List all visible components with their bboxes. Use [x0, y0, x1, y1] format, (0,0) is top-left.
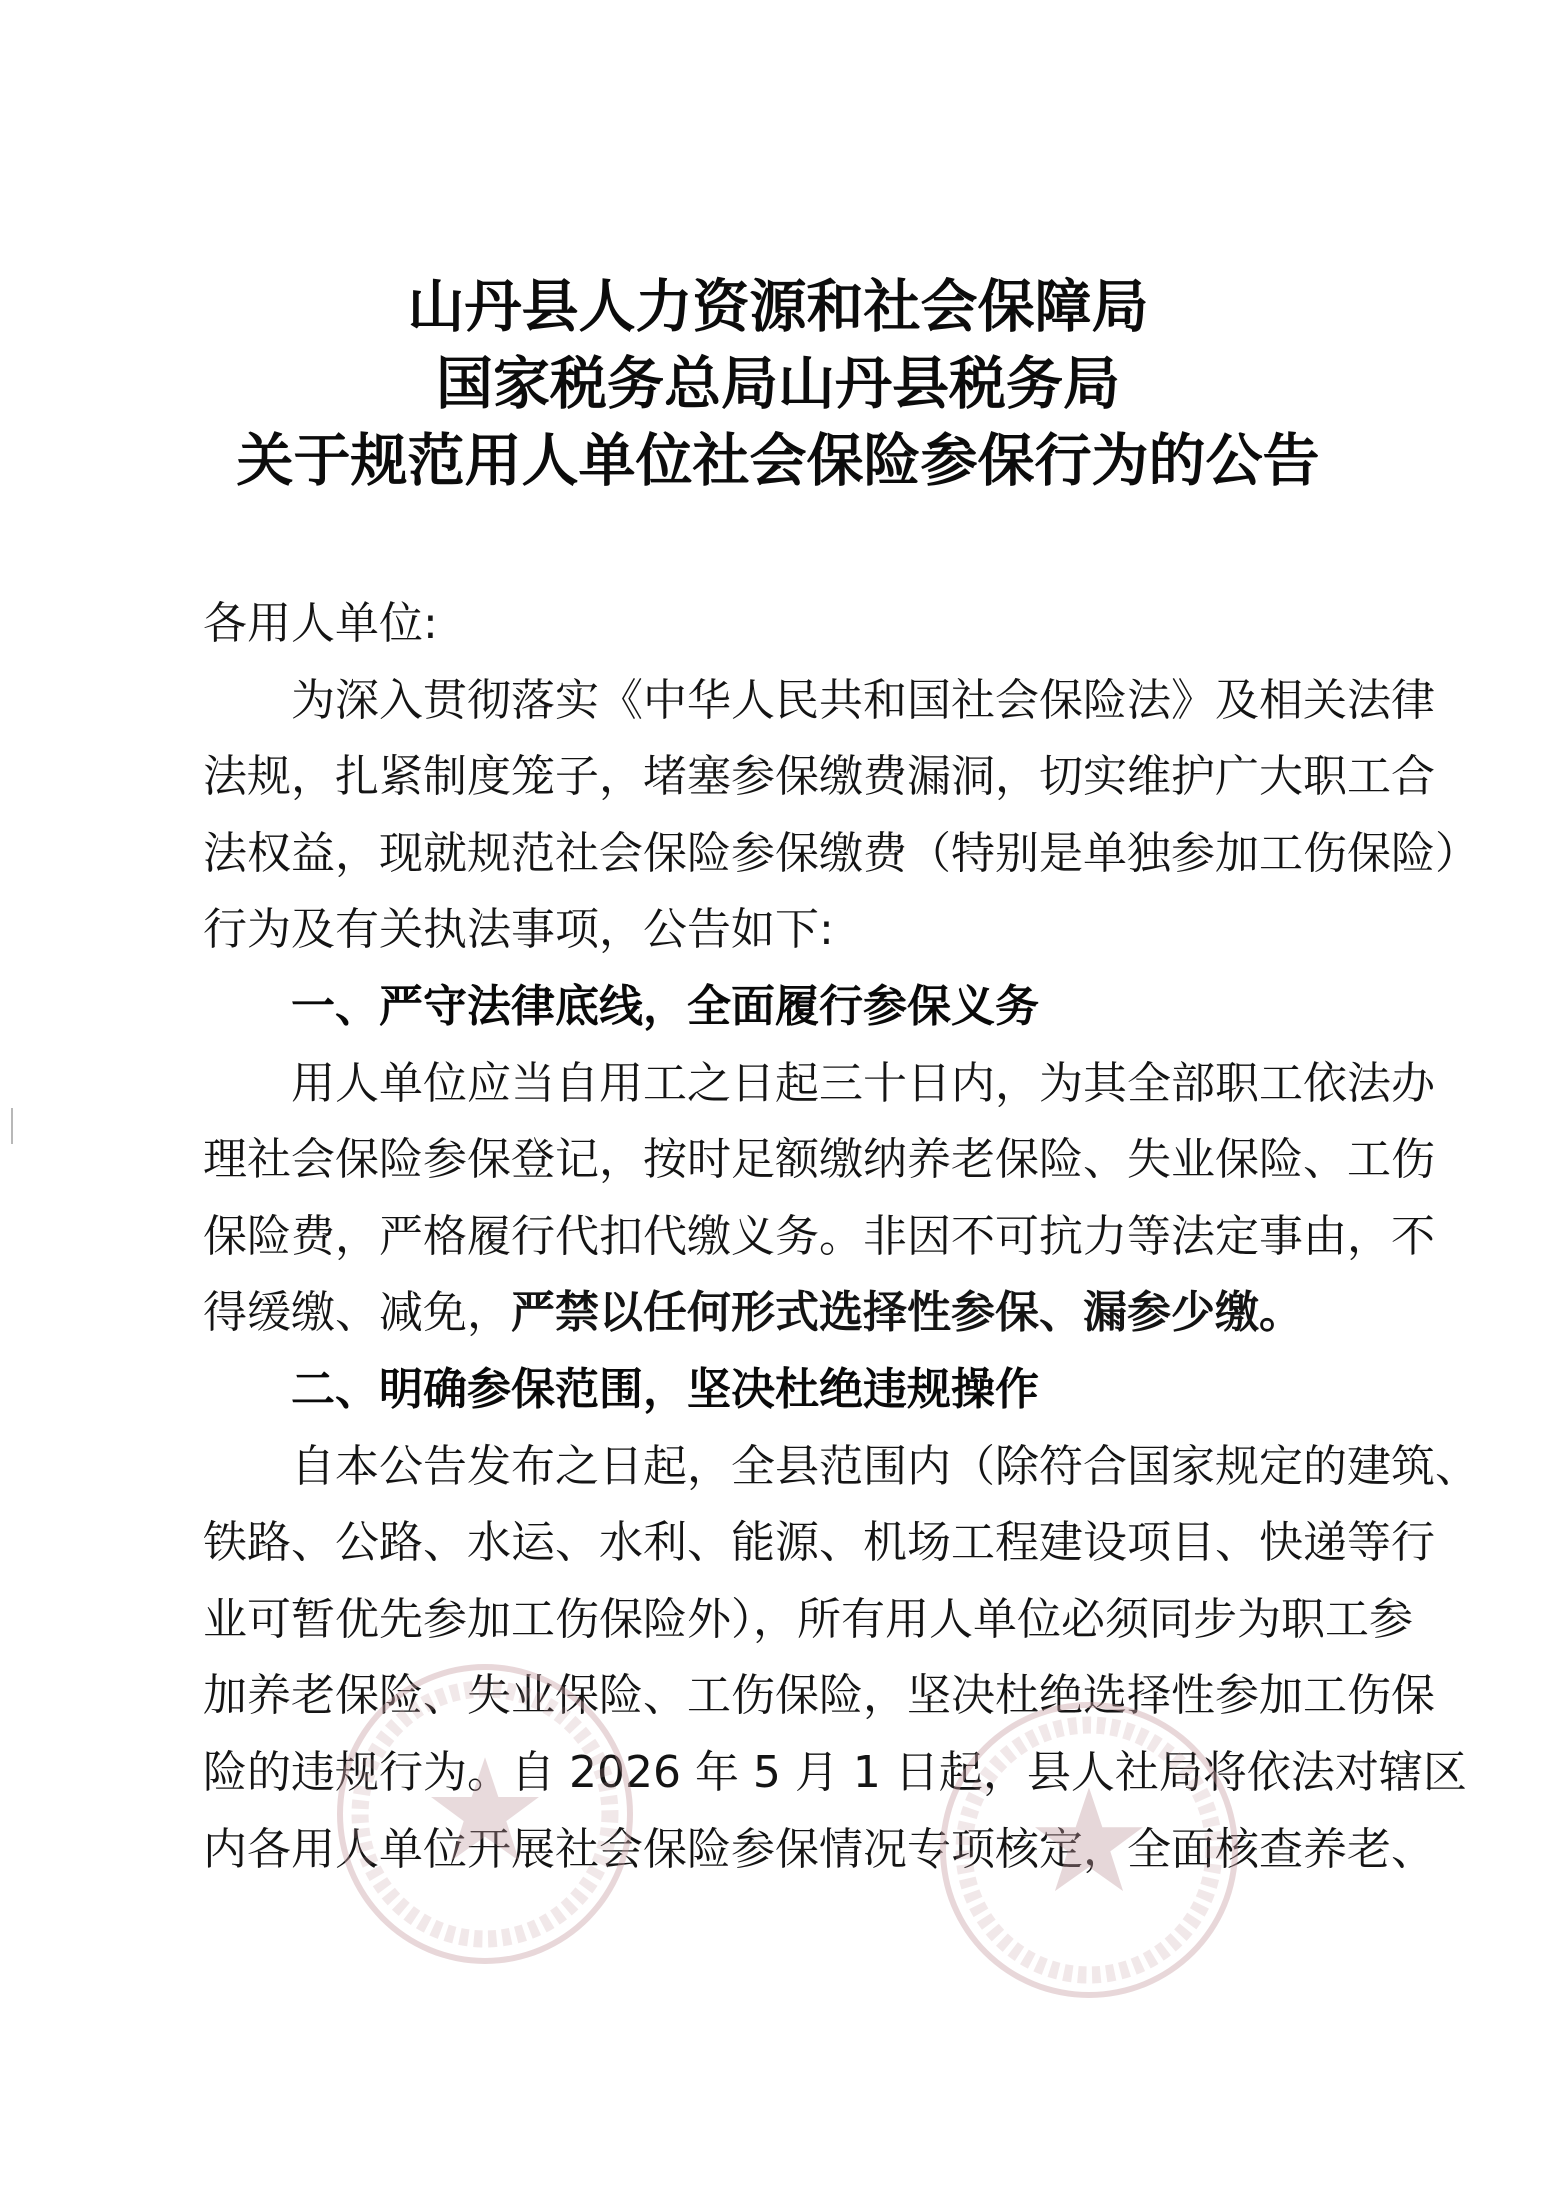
- paragraph-line: 自本公告发布之日起，全县范围内（除符合国家规定的建筑、: [203, 1429, 1359, 1506]
- paragraph-line: 为深入贯彻落实《中华人民共和国社会保险法》及相关法律: [203, 663, 1359, 740]
- section-one: 一、严守法律底线，全面履行参保义务 用人单位应当自用工之日起三十日内，为其全部职…: [203, 969, 1359, 1352]
- title-line-subject: 关于规范用人单位社会保险参保行为的公告: [0, 422, 1556, 499]
- section-heading: 二、明确参保范围，坚决杜绝违规操作: [203, 1352, 1359, 1429]
- title-line-issuer-tax: 国家税务总局山丹县税务局: [0, 345, 1556, 422]
- paragraph-line: 铁路、公路、水运、水利、能源、机场工程建设项目、快递等行: [203, 1505, 1359, 1582]
- document-page: 山丹县人力资源和社会保障局 国家税务总局山丹县税务局 关于规范用人单位社会保险参…: [0, 0, 1556, 2201]
- intro-paragraph: 为深入贯彻落实《中华人民共和国社会保险法》及相关法律 法规，扎紧制度笼子，堵塞参…: [203, 663, 1359, 969]
- paragraph-line: 用人单位应当自用工之日起三十日内，为其全部职工依法办: [203, 1046, 1359, 1123]
- paragraph-line: 加养老保险、失业保险、工伤保险，坚决杜绝选择性参加工伤保: [203, 1658, 1359, 1735]
- paragraph-line: 得缓缴、减免，严禁以任何形式选择性参保、漏参少缴。: [203, 1275, 1359, 1352]
- paragraph-line: 法权益，现就规范社会保险参保缴费（特别是单独参加工伤保险）: [203, 816, 1359, 893]
- paragraph-line: 行为及有关执法事项，公告如下:: [203, 892, 1359, 969]
- scan-artifact-mark: [11, 1108, 13, 1144]
- paragraph-line: 理社会保险参保登记，按时足额缴纳养老保险、失业保险、工伤: [203, 1122, 1359, 1199]
- paragraph-line: 保险费，严格履行代扣代缴义务。非因不可抗力等法定事由，不: [203, 1199, 1359, 1276]
- section-two: 二、明确参保范围，坚决杜绝违规操作 自本公告发布之日起，全县范围内（除符合国家规…: [203, 1352, 1359, 1888]
- paragraph-line: 业可暂优先参加工伤保险外），所有用人单位必须同步为职工参: [203, 1582, 1359, 1659]
- document-title: 山丹县人力资源和社会保障局 国家税务总局山丹县税务局 关于规范用人单位社会保险参…: [0, 268, 1556, 499]
- paragraph-line: 险的违规行为。自 2026 年 5 月 1 日起，县人社局将依法对辖区: [203, 1735, 1359, 1812]
- section-heading: 一、严守法律底线，全面履行参保义务: [203, 969, 1359, 1046]
- salutation: 各用人单位:: [203, 586, 1359, 663]
- plain-text: 得缓缴、减免，: [203, 1287, 511, 1338]
- document-body: 各用人单位: 为深入贯彻落实《中华人民共和国社会保险法》及相关法律 法规，扎紧制…: [203, 586, 1359, 1888]
- title-line-issuer-hrss: 山丹县人力资源和社会保障局: [0, 268, 1556, 345]
- paragraph-line: 内各用人单位开展社会保险参保情况专项核定，全面核查养老、: [203, 1812, 1359, 1889]
- paragraph-line: 法规，扎紧制度笼子，堵塞参保缴费漏洞，切实维护广大职工合: [203, 739, 1359, 816]
- emphasis-text: 严禁以任何形式选择性参保、漏参少缴。: [511, 1287, 1303, 1338]
